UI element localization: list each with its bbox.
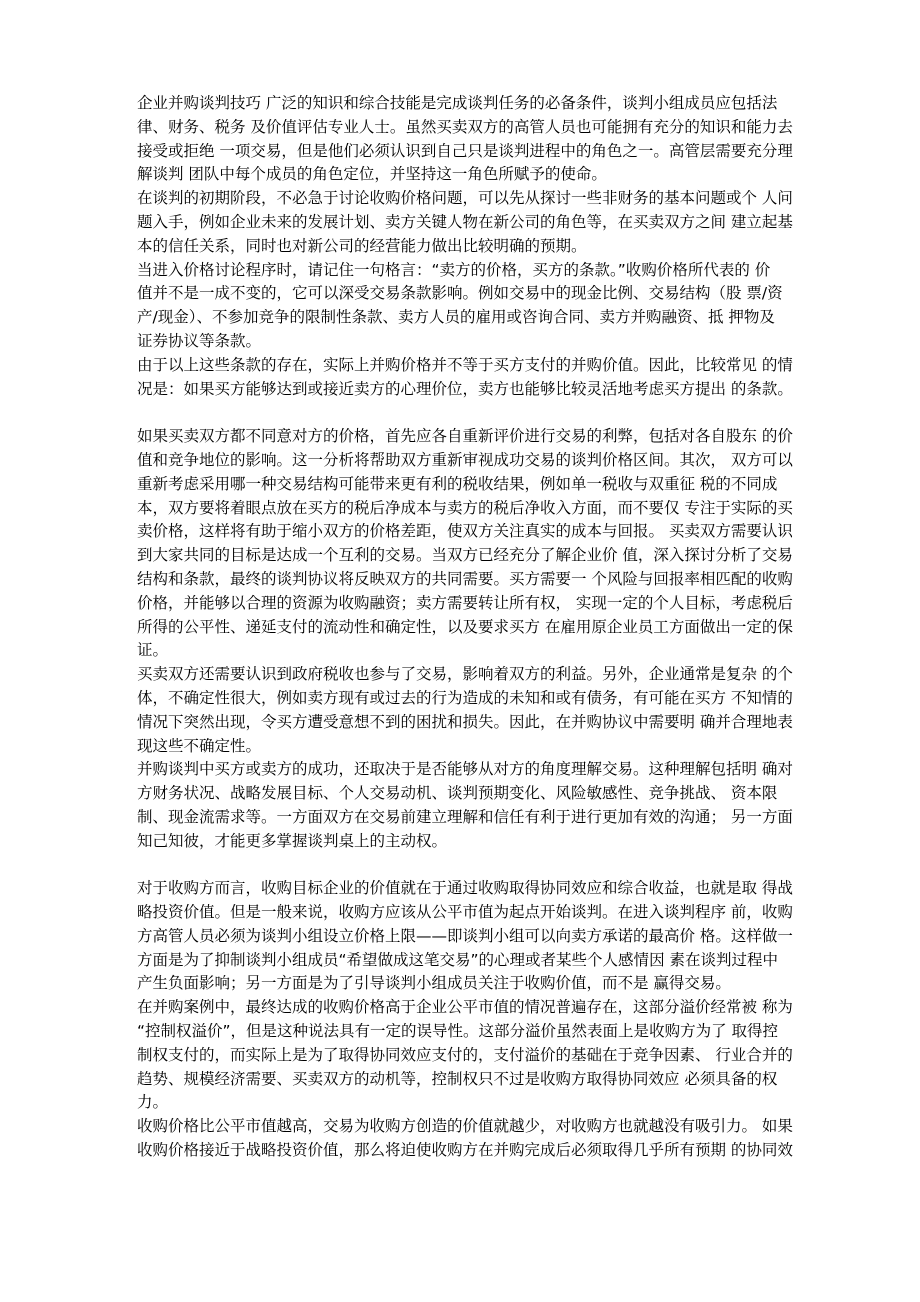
text-line: 制权支付的，而实际上是为了取得协同效应支付的，支付溢价的基础在于竞争因素、 行业… (137, 1044, 817, 1068)
text-line: 接受或拒绝 一项交易，但是他们必须认识到自己只是谈判进程中的角色之一。高管层需要… (137, 140, 817, 164)
text-line: 方面是为了抑制谈判小组成员“希望做成这笔交易”的心理或者某些个人感情因 素在谈判… (137, 949, 817, 973)
text-line: 对于收购方而言，收购目标企业的价值就在于通过收购取得协同效应和综合收益，也就是取… (137, 877, 817, 901)
text-line: 收购价格接近于战略投资价值，那么将迫使收购方在并购完成后必须取得几乎所有预期 的… (137, 1139, 817, 1163)
document-body: 企业并购谈判技巧 广泛的知识和综合技能是完成谈判任务的必备条件，谈判小组成员应包… (137, 92, 817, 1163)
text-line: 本，双方要将着眼点放在买方的税后净成本与卖方的税后净收入方面，而不要仅 专注于实… (137, 497, 817, 521)
text-line: 值和竞争地位的影响。这一分析将帮助双方重新审视成功交易的谈判价格区间。其次， 双… (137, 449, 817, 473)
text-line: 情况下突然出现，令买方遭受意想不到的困扰和损失。因此，在并购协议中需要明 确并合… (137, 711, 817, 735)
text-line: 重新考虑采用哪一种交易结构可能带来更有利的税收结果，例如单一税收与双重征 税的不… (137, 473, 817, 497)
text-line: 卖价格，这样将有助于缩小双方的价格差距，使双方关注真实的成本与回报。 买卖双方需… (137, 520, 817, 544)
text-line: 律、财务、税务 及价值评估专业人士。虽然买卖双方的高管人员也可能拥有充分的知识和… (137, 116, 817, 140)
text-line: 当进入价格讨论程序时，请记住一句格言：“卖方的价格，买方的条款。”收购价格所代表… (137, 259, 817, 283)
text-line: 到大家共同的目标是达成一个互利的交易。当双方已经充分了解企业价 值，深入探讨分析… (137, 544, 817, 568)
text-line: 题入手，例如企业未来的发展计划、卖方关键人物在新公司的角色等，在买卖双方之间 建… (137, 211, 817, 235)
text-line: 如果买卖双方都不同意对方的价格，首先应各自重新评价进行交易的利弊，包括对各自股东… (137, 425, 817, 449)
text-line: 所得的公平性、递延支付的流动性和确定性，以及要求买方 在雇用原企业员工方面做出一… (137, 616, 817, 640)
text-line: 略投资价值。但是一般来说，收购方应该从公平市值为起点开始谈判。在进入谈判程序 前… (137, 901, 817, 925)
text-line: 证券协议等条款。 (137, 330, 817, 354)
blank-line (137, 854, 817, 878)
text-line: 在并购案例中，最终达成的收购价格高于企业公平市值的情况普遍存在，这部分溢价经常被… (137, 996, 817, 1020)
text-line: 收购价格比公平市值越高，交易为收购方创造的价值就越少，对收购方也就越没有吸引力。… (137, 1115, 817, 1139)
text-line: 现这些不确定性。 (137, 735, 817, 759)
text-line: 买卖双方还需要认识到政府税收也参与了交易，影响着双方的利益。另外，企业通常是复杂… (137, 663, 817, 687)
text-line: 知己知彼，才能更多掌握谈判桌上的主动权。 (137, 830, 817, 854)
text-line: 方高管人员必须为谈判小组设立价格上限——即谈判小组可以向卖方承诺的最高价 格。这… (137, 925, 817, 949)
text-line: 解谈判 团队中每个成员的角色定位，并坚持这一角色所赋予的使命。 (137, 163, 817, 187)
text-line: 并购谈判中买方或卖方的成功，还取决于是否能够从对方的角度理解交易。这种理解包括明… (137, 758, 817, 782)
text-line: 产生负面影响；另一方面是为了引导谈判小组成员关注于收购价值，而不是 赢得交易。 (137, 972, 817, 996)
text-line: 产/现金）、不参加竞争的限制性条款、卖方人员的雇用或咨询合同、卖方并购融资、抵 … (137, 306, 817, 330)
text-line: 趋势、规模经济需要、买卖双方的动机等，控制权只不过是收购方取得协同效应 必须具备… (137, 1068, 817, 1092)
text-line: 方财务状况、战略发展目标、个人交易动机、谈判预期变化、风险敏感性、竞争挑战、 资… (137, 782, 817, 806)
text-line: 况是：如果买方能够达到或接近卖方的心理价位，卖方也能够比较灵活地考虑买方提出 的… (137, 378, 817, 402)
text-line: 体，不确定性很大，例如卖方现有或过去的行为造成的未知和或有债务，有可能在买方 不… (137, 687, 817, 711)
text-line: 企业并购谈判技巧 广泛的知识和综合技能是完成谈判任务的必备条件，谈判小组成员应包… (137, 92, 817, 116)
text-line: 价格，并能够以合理的资源为收购融资；卖方需要转让所有权， 实现一定的个人目标，考… (137, 592, 817, 616)
text-line: 结构和条款，最终的谈判协议将反映双方的共同需要。买方需要一 个风险与回报率相匹配… (137, 568, 817, 592)
text-line: 力。 (137, 1091, 817, 1115)
blank-line (137, 401, 817, 425)
text-line: 在谈判的初期阶段，不必急于讨论收购价格问题，可以先从探讨一些非财务的基本问题或个… (137, 187, 817, 211)
text-line: 制、现金流需求等。一方面双方在交易前建立理解和信任有利于进行更加有效的沟通； 另… (137, 806, 817, 830)
text-line: 由于以上这些条款的存在，实际上并购价格并不等于买方支付的并购价值。因此，比较常见… (137, 354, 817, 378)
text-line: 值并不是一成不变的，它可以深受交易条款影响。例如交易中的现金比例、交易结构（股 … (137, 282, 817, 306)
text-line: 证。 (137, 639, 817, 663)
text-line: 本的信任关系，同时也对新公司的经营能力做出比较明确的预期。 (137, 235, 817, 259)
text-line: “控制权溢价”，但是这种说法具有一定的误导性。这部分溢价虽然表面上是收购方为了 … (137, 1020, 817, 1044)
document-page: 企业并购谈判技巧 广泛的知识和综合技能是完成谈判任务的必备条件，谈判小组成员应包… (0, 0, 920, 1302)
